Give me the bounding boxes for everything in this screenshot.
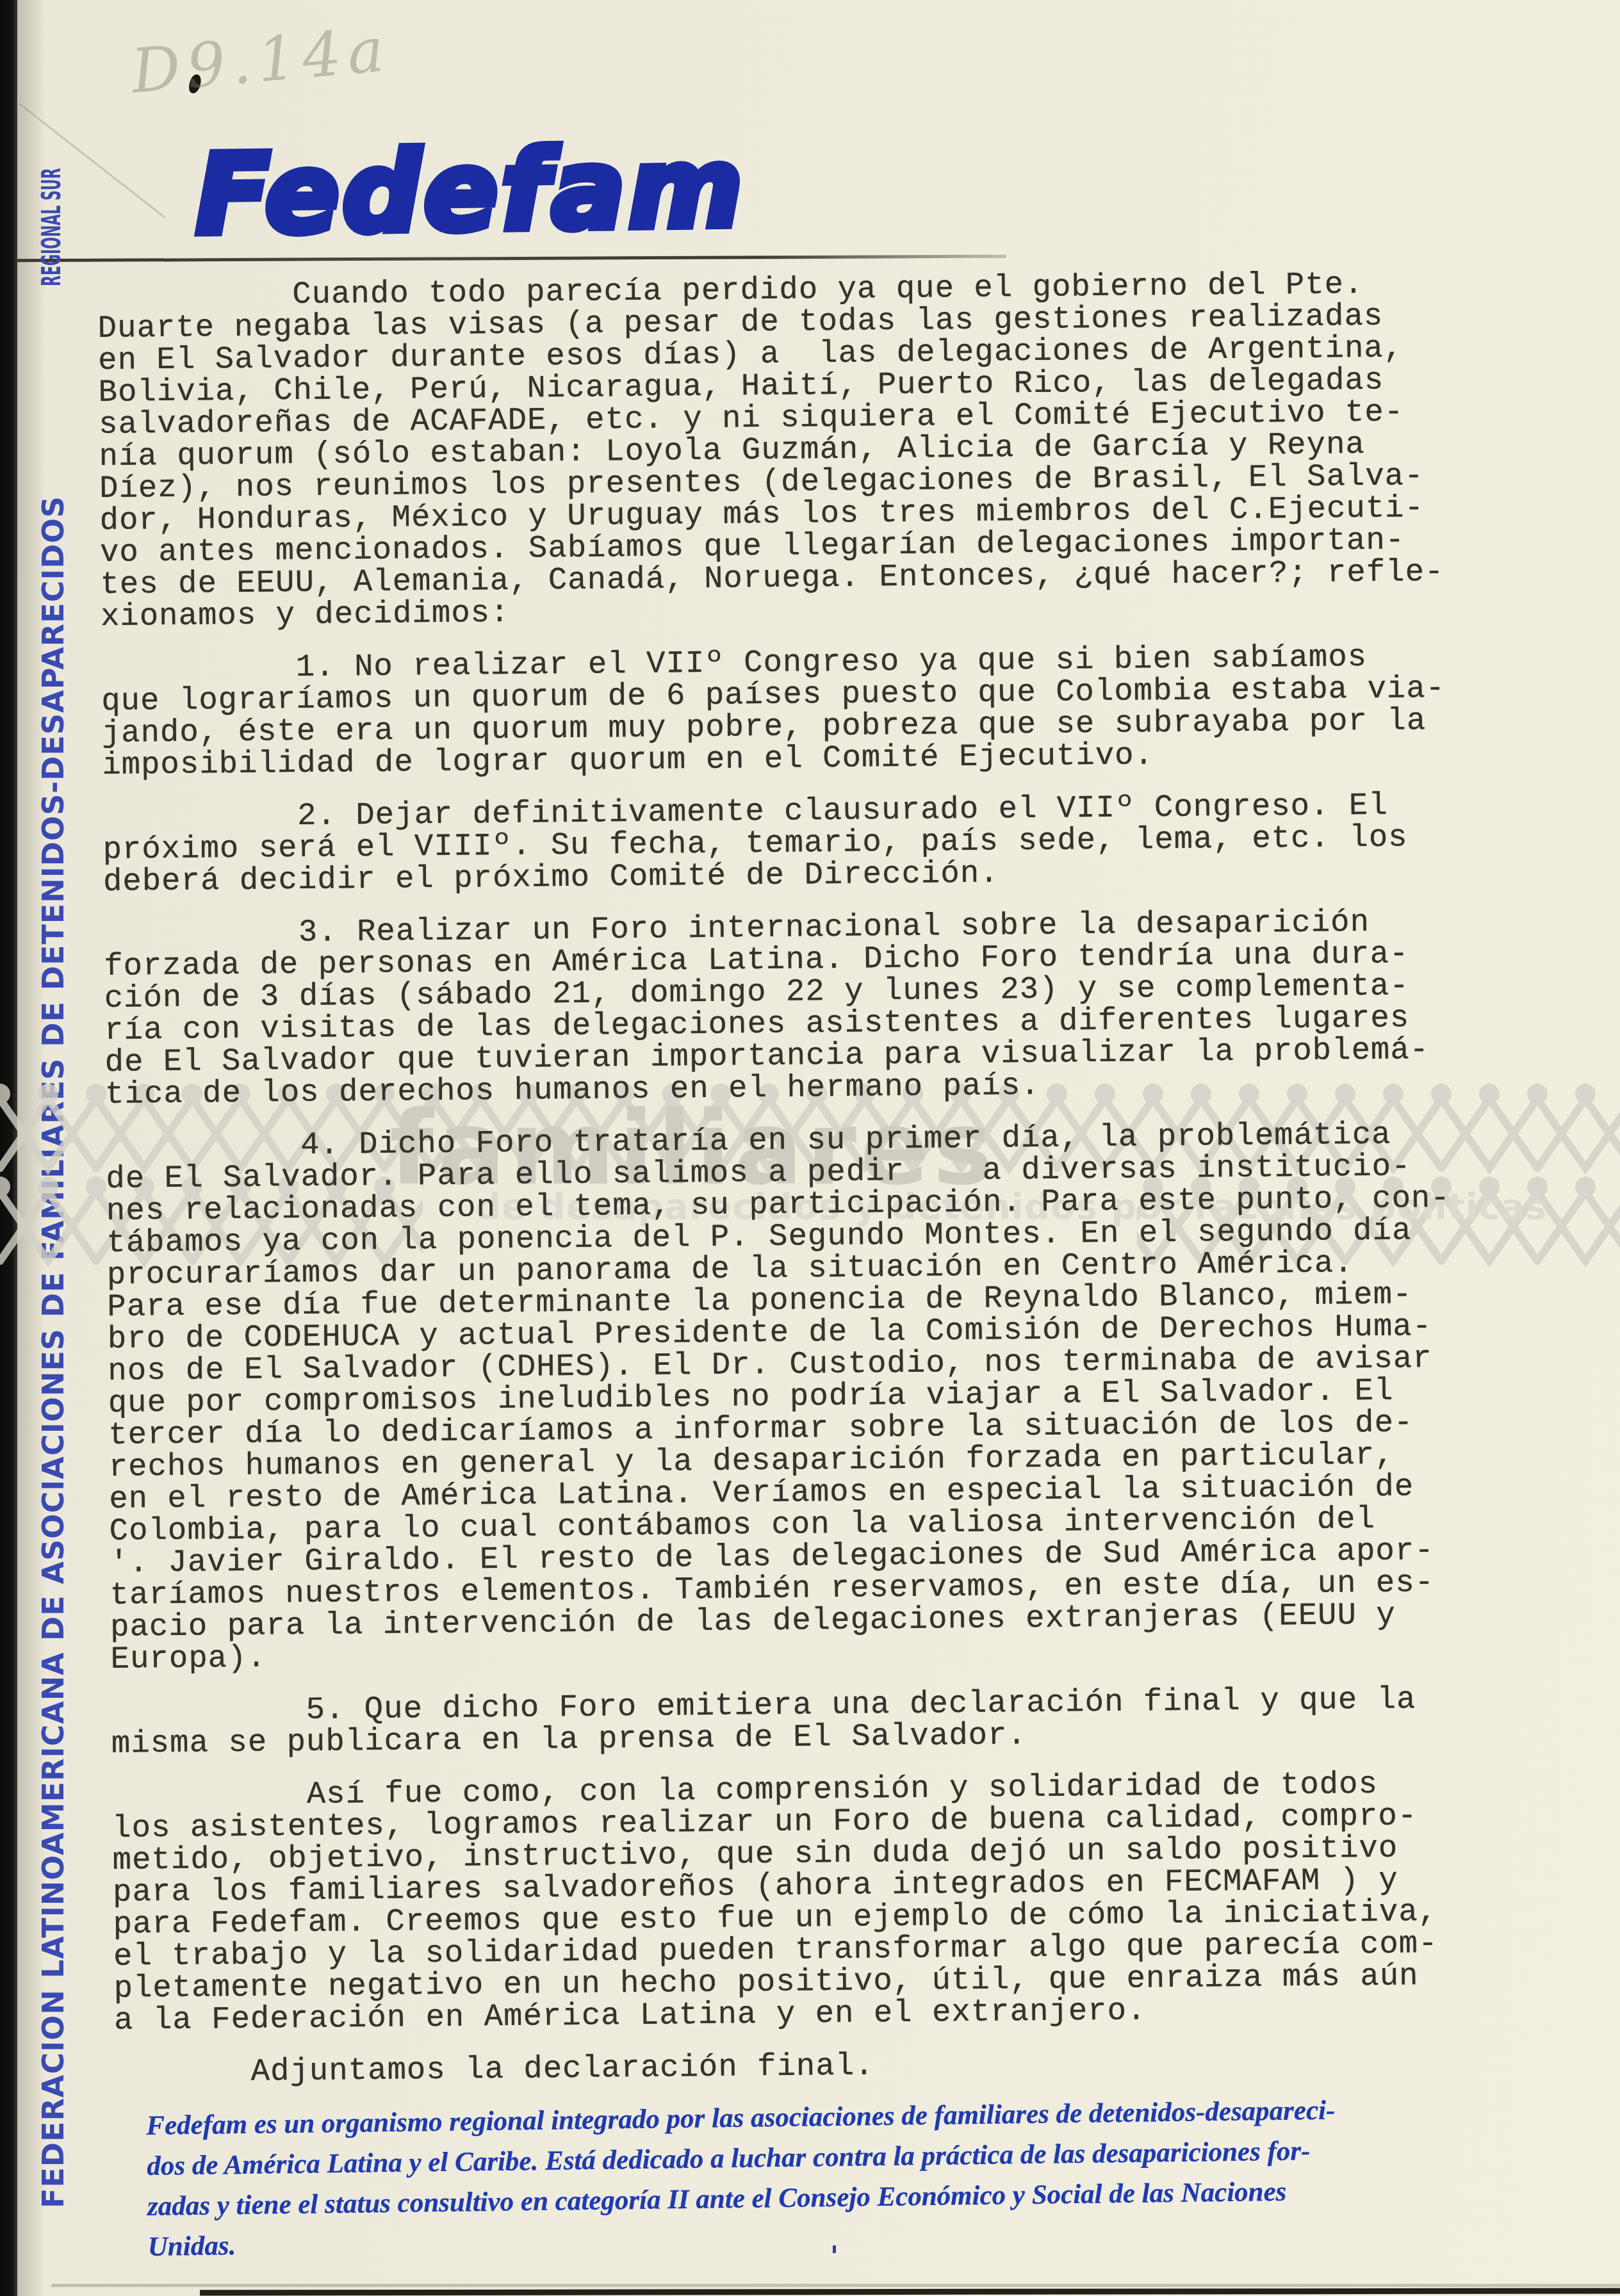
pencil-archive-mark: D9.14a xyxy=(129,15,393,108)
typed-paragraph: Cuando todo parecía perdido ya que el go… xyxy=(97,266,1535,632)
scanned-document-page: familiares de desaparecidos y detenidos … xyxy=(0,0,1620,2296)
footer-description: Fedefam es un organismo regional integra… xyxy=(146,2087,1576,2267)
header-rule xyxy=(17,255,1006,263)
typewritten-body: Cuando todo parecía perdido ya que el go… xyxy=(97,266,1550,2088)
bottom-scan-edge xyxy=(200,2288,1620,2295)
bottom-edge-shadow xyxy=(51,2284,1620,2287)
typed-paragraph: 5. Que dicho Foro emitiera una declaraci… xyxy=(111,1682,1546,1759)
typed-paragraph: 4. Dicho Foro trataría en su primer día,… xyxy=(106,1117,1546,1675)
sidebar-regional-sur-text: REGIONAL SUR xyxy=(37,168,67,286)
fedefam-logo: Fedefam xyxy=(195,123,746,259)
typed-paragraph: Adjuntamos la declaración final. xyxy=(115,2043,1550,2088)
typed-paragraph: 2. Dejar definitivamente clausurado el V… xyxy=(102,788,1538,897)
typed-paragraph: 3. Realizar un Foro internacional sobre … xyxy=(104,904,1541,1110)
typed-paragraph: Así fue como, con la comprensión y solid… xyxy=(111,1766,1549,2036)
typed-paragraph: 1. No realizar el VIIº Congreso ya que s… xyxy=(101,639,1537,781)
